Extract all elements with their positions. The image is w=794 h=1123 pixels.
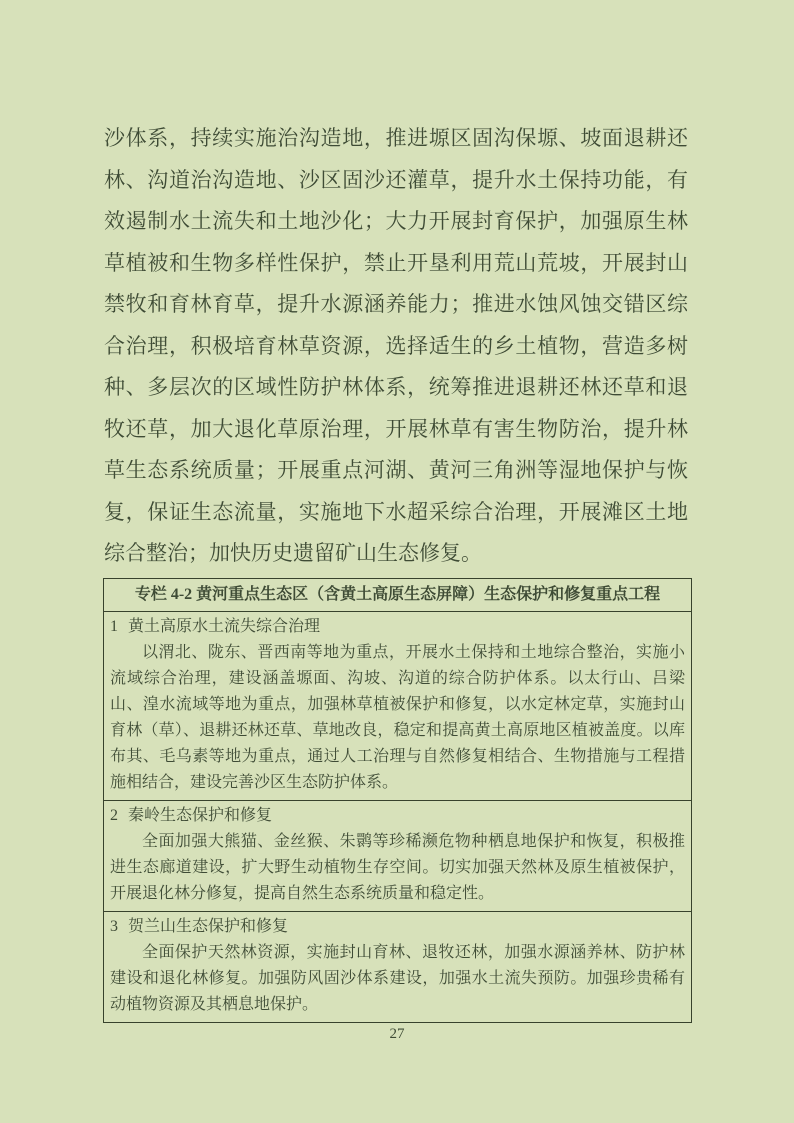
section-title: 贺兰山生态保护和修复 <box>128 918 288 935</box>
section-body: 全面加强大熊猫、金丝猴、朱鹮等珍稀濒危物种栖息地保护和恢复，积极推进生态廊道建设… <box>110 829 685 907</box>
section-title-row: 2秦岭生态保护和修复 <box>110 803 685 829</box>
panel-section-1: 1黄土高原水土流失综合治理 以渭北、陇东、晋西南等地为重点，开展水土保持和土地综… <box>104 612 691 800</box>
highlight-panel: 专栏 4-2 黄河重点生态区（含黄土高原生态屏障）生态保护和修复重点工程 1黄土… <box>103 578 692 1023</box>
section-number: 1 <box>110 614 118 640</box>
section-number: 3 <box>110 914 118 940</box>
panel-section-2: 2秦岭生态保护和修复 全面加强大熊猫、金丝猴、朱鹮等珍稀濒危物种栖息地保护和恢复… <box>104 800 691 911</box>
section-body: 以渭北、陇东、晋西南等地为重点，开展水土保持和土地综合整治，实施小流域综合治理，… <box>110 640 685 796</box>
section-title: 秦岭生态保护和修复 <box>128 807 272 824</box>
section-title-row: 1黄土高原水土流失综合治理 <box>110 614 685 640</box>
panel-section-3: 3贺兰山生态保护和修复 全面保护天然林资源，实施封山育林、退牧还林，加强水源涵养… <box>104 911 691 1022</box>
page-number: 27 <box>0 1026 794 1043</box>
body-paragraph: 沙体系，持续实施治沟造地，推进塬区固沟保塬、坡面退耕还林、沟道治沟造地、沙区固沙… <box>104 118 688 575</box>
panel-title: 专栏 4-2 黄河重点生态区（含黄土高原生态屏障）生态保护和修复重点工程 <box>104 579 691 612</box>
section-number: 2 <box>110 803 118 829</box>
section-title-row: 3贺兰山生态保护和修复 <box>110 914 685 940</box>
section-title: 黄土高原水土流失综合治理 <box>128 618 320 635</box>
document-page: 沙体系，持续实施治沟造地，推进塬区固沟保塬、坡面退耕还林、沟道治沟造地、沙区固沙… <box>0 0 794 1123</box>
section-body: 全面保护天然林资源，实施封山育林、退牧还林，加强水源涵养林、防护林建设和退化林修… <box>110 940 685 1018</box>
